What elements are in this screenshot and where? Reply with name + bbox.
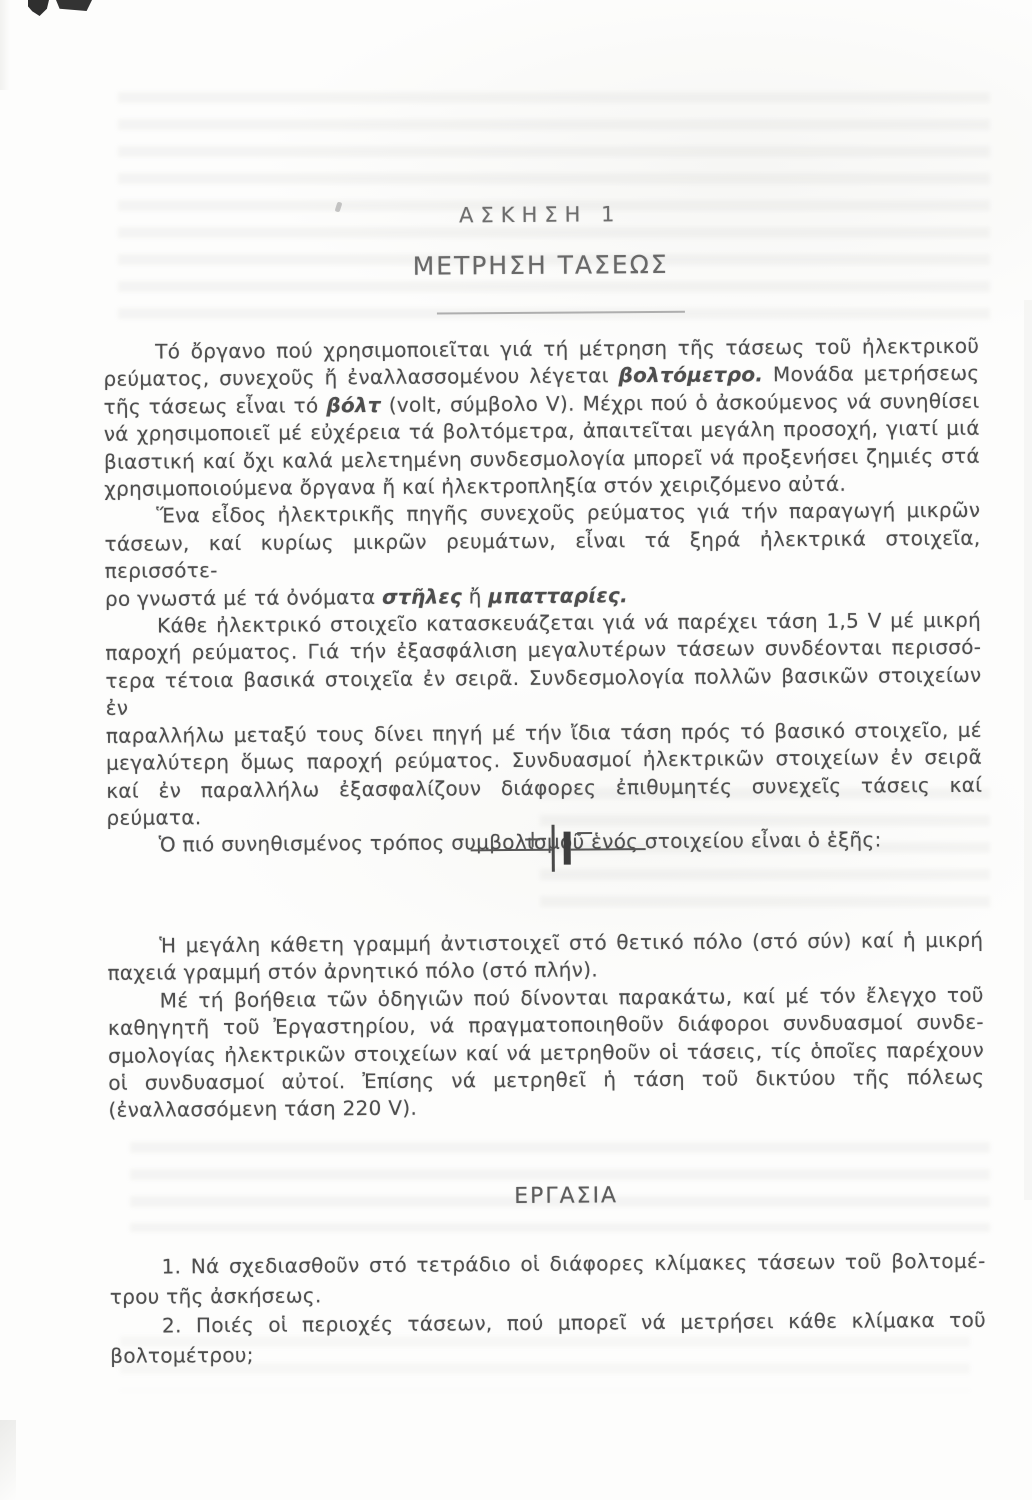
text-segment: Μονάδα μετρήσεως [763,361,979,387]
plus-sign: + [523,827,543,851]
text-segment: τάσεων, καί κυρίως μικρῶν ρευμάτων, εἶνα… [104,526,980,584]
text-segment: Τό ὄργανο πού χρησιμοποιεῖται γιά τή μέτ… [155,334,979,364]
text-line: 1. Νά σχεδιασθοῦν στό τετράδιο οἱ διάφορ… [110,1247,986,1283]
text-segment: ρεύματος, συνεχοῦς ἤ ἐναλλασσομένου λέγε… [103,364,618,392]
section-heading-ergasia: ΕΡΓΑΣΙΑ [128,1181,1004,1212]
text-segment: παραλλήλω μεταξύ τους δίνει πηγή μέ τήν … [106,717,982,747]
text-segment: (ἐναλλασσόμενη τάση 220 V). [108,1096,417,1122]
text-line: (ἐναλλασσόμενη τάση 220 V). [108,1091,984,1125]
intro-paragraphs: Τό ὄργανο πού χρησιμοποιεῖται γιά τή μέτ… [103,333,983,860]
text-line: βολτομέτρου; [110,1335,986,1371]
bold-term: βόλτ [326,393,381,417]
minus-sign: − [574,820,594,844]
text-segment: 2. Ποιές οἱ περιοχές τάσεων, πού μπορεῖ … [162,1308,986,1338]
text-segment: καί ἐν παραλλήλω ἐξασφαλίζουν διάφορες ἐ… [106,772,982,802]
title-underline [437,311,685,315]
text-segment: ἤ [462,584,488,608]
text-line: 2. Ποιές οἱ περιοχές τάσεων, πού μπορεῖ … [110,1306,986,1342]
explanation-paragraphs: Ἡ μεγάλη κάθετη γραμμή ἀντιστοιχεῖ στό θ… [107,927,984,1125]
page-title: ΜΕΤΡΗΣΗ ΤΑΣΕΩΣ [103,248,979,283]
text-segment: μεγαλύτερη ὅμως παροχή ρεύματος. Συνδυασ… [106,745,982,775]
text-segment: καθηγητῆ τοῦ Ἐργαστηρίου, νά πραγματοποι… [108,1010,984,1040]
scanned-document-page: ΑΣΚΗΣΗ 1 ΜΕΤΡΗΣΗ ΤΑΣΕΩΣ Τό ὄργανο πού χρ… [0,0,1032,1500]
text-segment: ρο γνωστά μέ τά ὀνόματα [105,585,382,611]
text-line: τάσεων, καί κυρίως μικρῶν ρευμάτων, εἶνα… [104,525,980,586]
text-segment: Ἡ μεγάλη κάθετη γραμμή ἀντιστοιχεῖ στό θ… [159,928,983,958]
text-segment: σμολογίας ἠλεκτρικῶν στοιχείων καί νά με… [108,1037,984,1067]
text-segment: Ἕνα εἶδος ἠλεκτρικῆς πηγῆς συνεχοῦς ρεύμ… [156,498,980,528]
bold-term: στῆλες [382,584,462,609]
battery-cell-symbol: + − [470,819,645,880]
text-segment: (volt, σύμβολο V). Μέχρι πού ὁ ἀσκούμενο… [381,389,980,417]
text-line: τερα τέτοια βασικά στοιχεῖα ἐν σειρᾶ. Συ… [105,662,981,723]
work-items: 1. Νά σχεδιασθοῦν στό τετράδιο οἱ διάφορ… [110,1247,987,1371]
page-content: ΑΣΚΗΣΗ 1 ΜΕΤΡΗΣΗ ΤΑΣΕΩΣ Τό ὄργανο πού χρ… [0,0,1032,1500]
wire-right [571,848,646,851]
text-segment: Μέ τή βοήθεια τῶν ὁδηγιῶν πού δίνονται π… [160,983,984,1013]
text-segment: νά χρησιμοποιεῖ μέ εὐχέρεια τά βολτόμετρ… [104,416,980,446]
bold-term: βολτόμετρο. [618,363,763,388]
text-segment: παχειά γραμμή στόν ἀρνητικό πόλο (στό πλ… [107,958,598,985]
text-segment: ρεύματα. [106,805,201,830]
bold-term: μπατταρίες. [488,583,628,608]
exercise-heading: ΑΣΚΗΣΗ 1 [102,200,978,230]
text-segment: οἱ συνδυασμοί αὐτοί. Ἐπίσης νά μετρηθεῖ … [108,1065,984,1095]
positive-electrode-line [552,825,555,872]
text-segment: τῆς τάσεως εἶναι τό [104,393,327,419]
text-segment: τερα τέτοια βασικά στοιχεῖα ἐν σειρᾶ. Συ… [105,663,981,721]
text-segment: βιαστική καί ὄχι καλά μελετημένη συνδεσμ… [104,443,980,473]
text-segment: τρου τῆς ἀσκήσεως. [110,1283,322,1308]
text-segment: 1. Νά σχεδιασθοῦν στό τετράδιο οἱ διάφορ… [162,1249,986,1279]
text-segment: παροχή ρεύματος. Γιά τήν ἐξασφάλιση μεγα… [105,635,981,665]
text-segment: χρησιμοποιούμενα ὄργανα ἤ καί ἠλεκτροπλη… [104,472,846,501]
text-segment: Κάθε ἠλεκτρικό στοιχεῖο κατασκευάζεται γ… [157,608,981,638]
text-segment: βολτομέτρου; [110,1342,254,1367]
